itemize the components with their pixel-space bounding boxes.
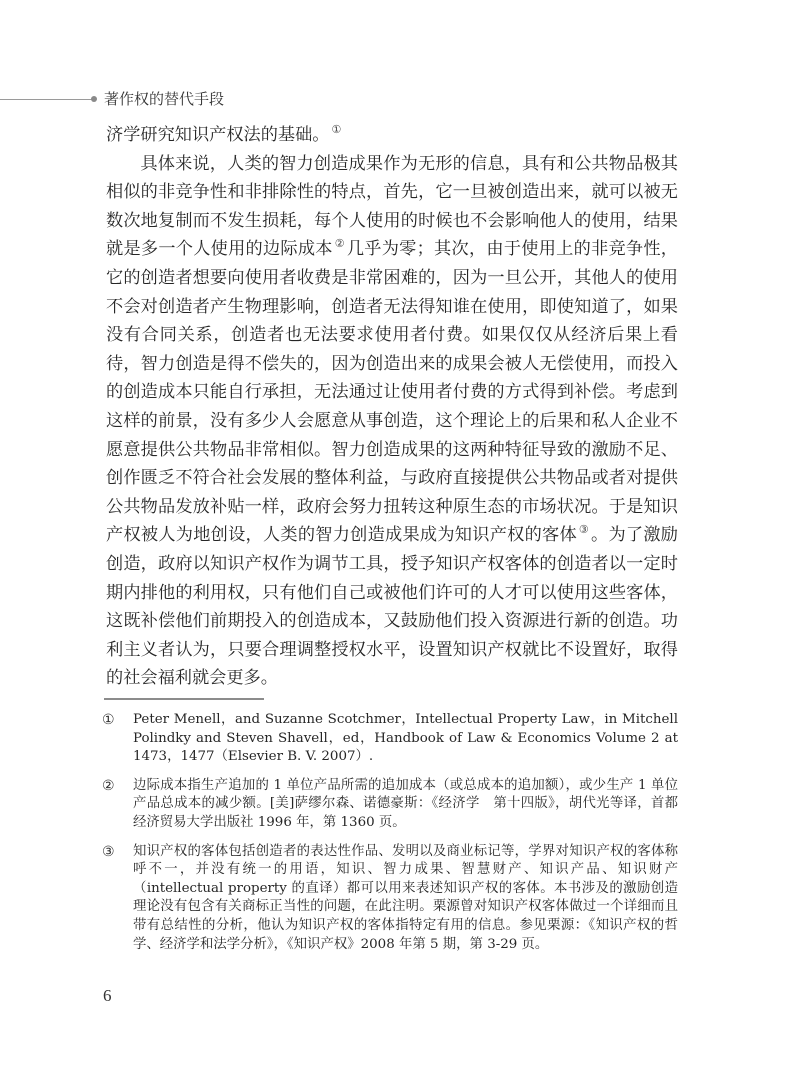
footnote-2: ② 边际成本指生产追加的 1 单位产品所需的追加成本（或总成本的追加额），或少生… bbox=[102, 777, 678, 833]
footnote-text: 知识产权的客体包括创造者的表达性作品、发明以及商业标记等，学界对知识产权的客体称… bbox=[133, 844, 678, 952]
footnote-3: ③ 知识产权的客体包括创造者的表达性作品、发明以及商业标记等，学界对知识产权的客… bbox=[102, 843, 678, 955]
footnote-separator bbox=[104, 698, 264, 700]
chapter-title: 著作权的替代手段 bbox=[104, 88, 224, 110]
header-bullet-icon bbox=[91, 96, 97, 102]
paragraph-text: 几乎为零；其次，由于使用上的非竞争性，它的创造者想要向使用者收费是非常困难的，因… bbox=[106, 239, 678, 545]
page-number: 6 bbox=[103, 986, 112, 1006]
footnote-text: 边际成本指生产追加的 1 单位产品所需的追加成本（或总成本的追加额），或少生产 … bbox=[133, 778, 678, 830]
footnote-ref-2[interactable]: ② bbox=[335, 237, 345, 250]
footnotes: ① Peter Menell，and Suzanne Scotchmer，Int… bbox=[102, 711, 678, 964]
footnote-1: ① Peter Menell，and Suzanne Scotchmer，Int… bbox=[102, 711, 678, 767]
footnote-marker: ③ bbox=[102, 843, 115, 862]
body-text: 济学研究知识产权法的基础。① 具体来说，人类的智力创造成果作为无形的信息，具有和… bbox=[106, 121, 678, 693]
footnote-marker: ① bbox=[102, 711, 115, 730]
paragraph-1: 济学研究知识产权法的基础。① bbox=[106, 121, 678, 150]
footnote-marker: ② bbox=[102, 777, 115, 796]
footnote-ref-1[interactable]: ① bbox=[331, 123, 341, 136]
paragraph-text: 济学研究知识产权法的基础。 bbox=[106, 125, 329, 145]
header-rule bbox=[0, 99, 92, 100]
running-head: 著作权的替代手段 bbox=[0, 88, 400, 110]
paragraph-2: 具体来说，人类的智力创造成果作为无形的信息，具有和公共物品极其相似的非竞争性和非… bbox=[106, 150, 678, 693]
footnote-ref-3[interactable]: ③ bbox=[579, 523, 589, 536]
footnote-text: Peter Menell，and Suzanne Scotchmer，Intel… bbox=[133, 712, 678, 764]
paragraph-text: 。为了激励创造，政府以知识产权作为调节工具，授予知识产权客体的创造者以一定时期内… bbox=[106, 525, 678, 688]
